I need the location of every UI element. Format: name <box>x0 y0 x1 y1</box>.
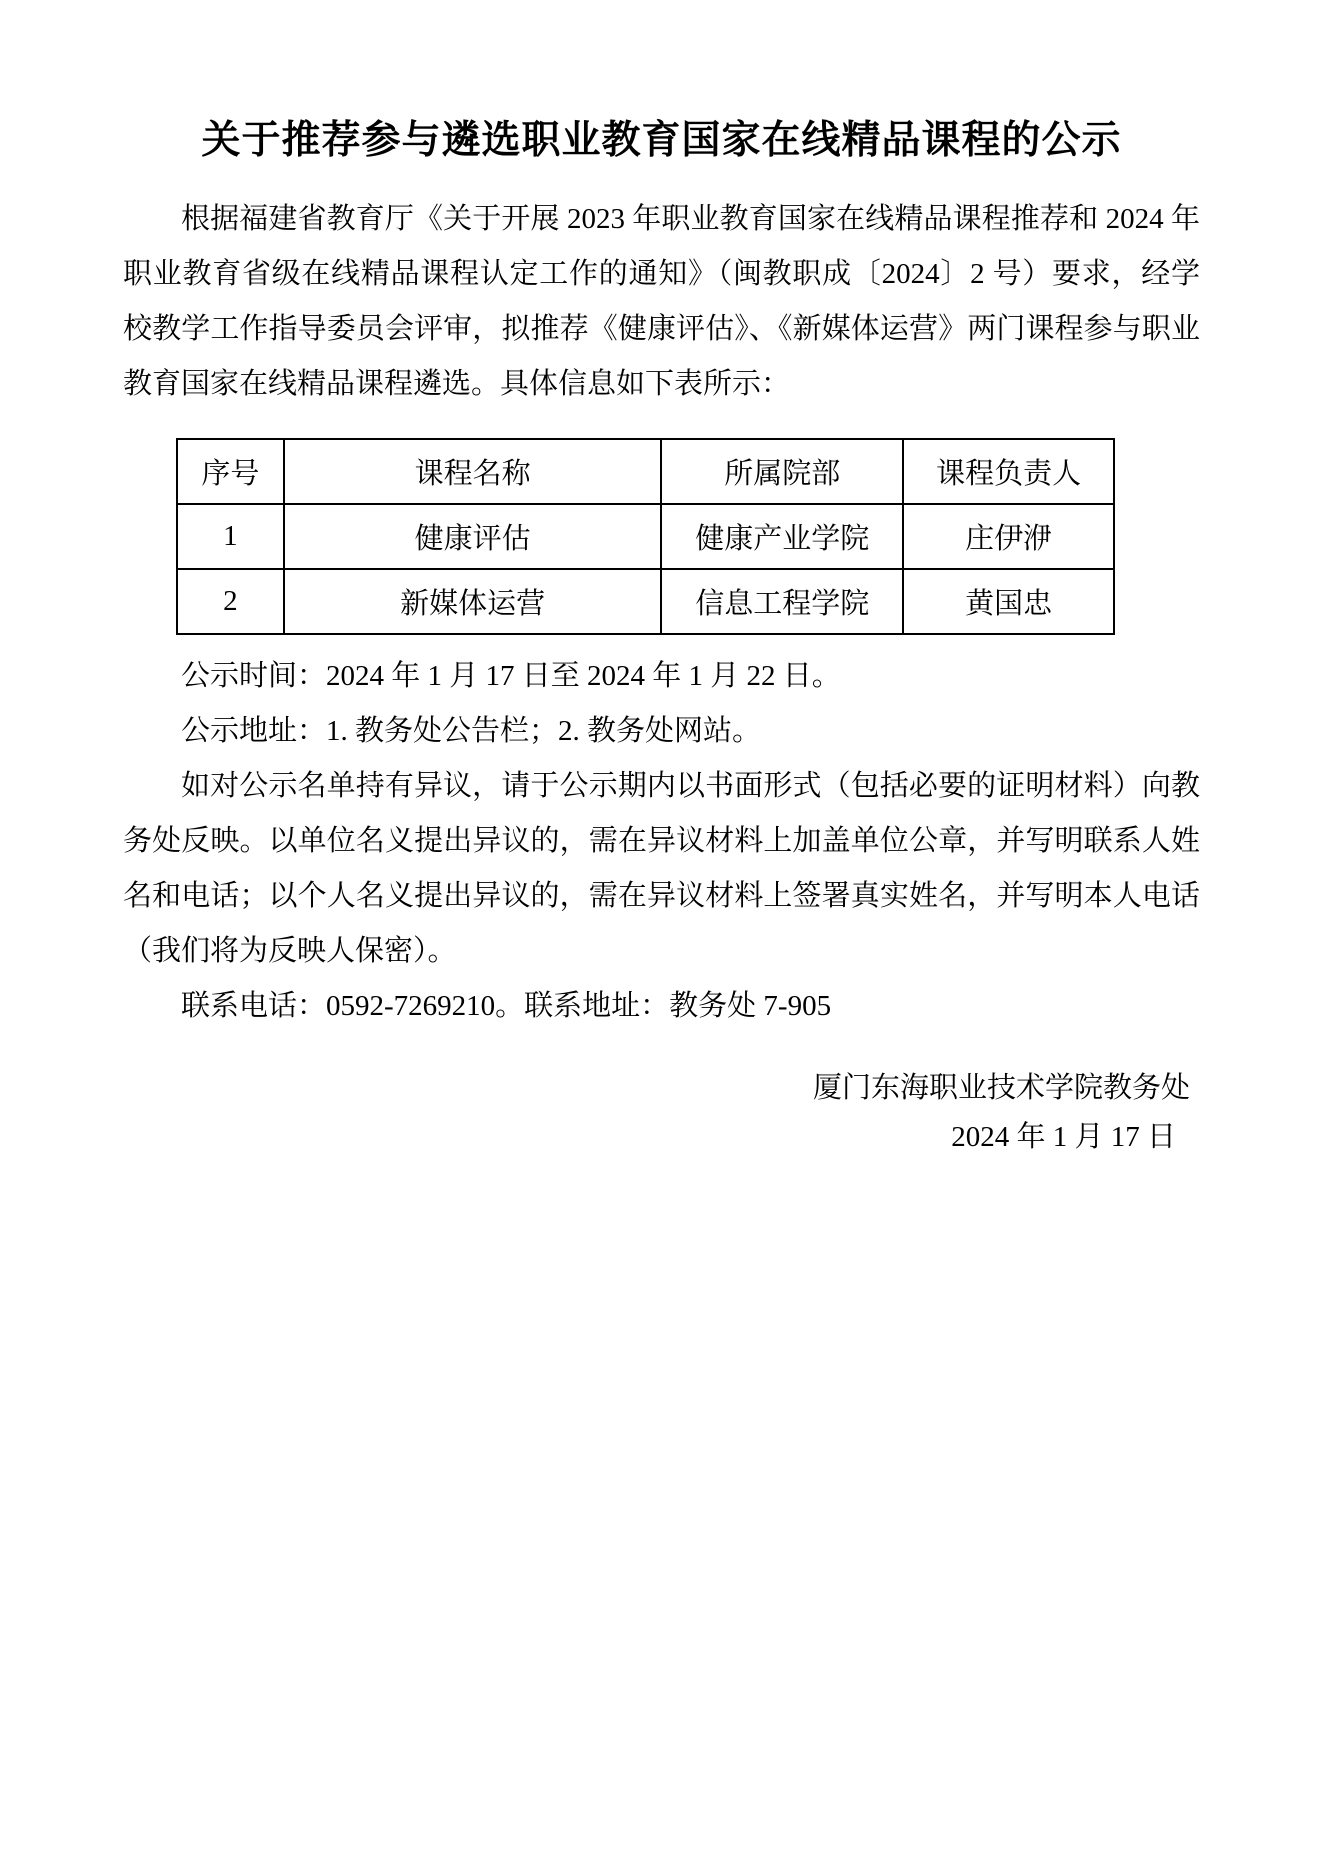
header-cell-leader: 课程负责人 <box>903 439 1114 504</box>
header-cell-seq: 序号 <box>177 439 284 504</box>
header-cell-dept: 所属院部 <box>661 439 903 504</box>
cell-dept: 健康产业学院 <box>661 504 903 569</box>
cell-course: 新媒体运营 <box>284 569 662 634</box>
contact-paragraph: 联系电话：0592-7269210。联系地址：教务处 7-905 <box>123 979 1200 1034</box>
objection-paragraph: 如对公示名单持有异议，请于公示期内以书面形式（包括必要的证明材料）向教务处反映。… <box>123 759 1200 979</box>
cell-seq: 1 <box>177 504 284 569</box>
header-cell-course: 课程名称 <box>284 439 662 504</box>
intro-paragraph: 根据福建省教育厅《关于开展 2023 年职业教育国家在线精品课程推荐和 2024… <box>123 192 1200 412</box>
course-table: 序号 课程名称 所属院部 课程负责人 1 健康评估 健康产业学院 庄伊洢 2 新… <box>176 438 1115 635</box>
publicity-time-paragraph: 公示时间：2024 年 1 月 17 日至 2024 年 1 月 22 日。 <box>123 649 1200 704</box>
signature-block: 厦门东海职业技术学院教务处 2024 年 1 月 17 日 <box>123 1064 1200 1162</box>
signature-organization: 厦门东海职业技术学院教务处 <box>123 1064 1190 1113</box>
signature-date: 2024 年 1 月 17 日 <box>123 1113 1190 1162</box>
document-page: 关于推荐参与遴选职业教育国家在线精品课程的公示 根据福建省教育厅《关于开展 20… <box>0 0 1323 1871</box>
cell-course: 健康评估 <box>284 504 662 569</box>
cell-leader: 黄国忠 <box>903 569 1114 634</box>
cell-leader: 庄伊洢 <box>903 504 1114 569</box>
page-title: 关于推荐参与遴选职业教育国家在线精品课程的公示 <box>123 118 1200 164</box>
cell-seq: 2 <box>177 569 284 634</box>
table-row: 1 健康评估 健康产业学院 庄伊洢 <box>177 504 1114 569</box>
publicity-address-paragraph: 公示地址：1. 教务处公告栏；2. 教务处网站。 <box>123 704 1200 759</box>
cell-dept: 信息工程学院 <box>661 569 903 634</box>
table-row: 2 新媒体运营 信息工程学院 黄国忠 <box>177 569 1114 634</box>
table-header-row: 序号 课程名称 所属院部 课程负责人 <box>177 439 1114 504</box>
